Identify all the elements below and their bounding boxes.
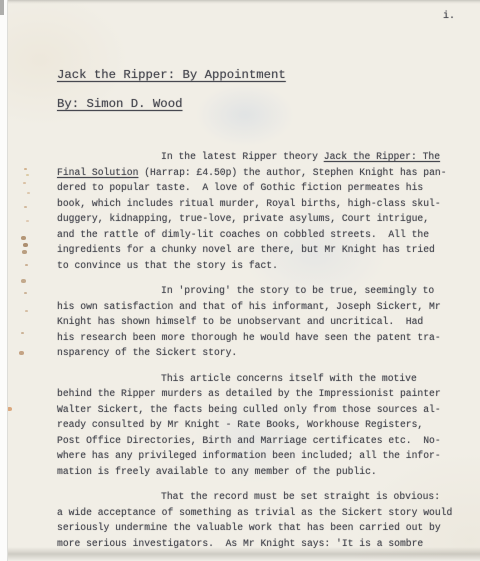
document-body: In the latest Ripper theory Jack the Rip… [57,149,459,561]
text-segment: (Harrap: £4.50p) the author, Stephen Kni… [138,167,446,178]
foxing-stains [24,168,27,170]
text-segment: book, which includes ritual murder, Roya… [57,198,441,209]
text-segment: nsparency of the Sickert story. [57,347,237,358]
text-line: more serious investigators. As Mr Knight… [57,536,459,552]
text-segment: his own satisfaction and that of his inf… [57,301,441,312]
scanned-page: i. Jack the Ripper: By Appointment By: S… [0,0,480,561]
text-line: to convince us that the story is fact. [57,258,459,274]
text-segment: mation is freely available to any member… [57,466,377,477]
scanner-edge [0,0,8,561]
underlined-text: Jack the Ripper: The [324,151,440,162]
text-line: Post Office Directories, Birth and Marri… [57,433,459,449]
underlined-text: Final Solution [57,167,138,178]
text-line: This article concerns itself with the mo… [57,371,459,387]
paragraph: In the latest Ripper theory Jack the Rip… [57,149,459,273]
scan-corner-mark [0,0,4,15]
text-segment: to convince us that the story is fact. [57,260,278,271]
paragraph: That the record must be set straight is … [57,489,459,551]
text-segment: In the latest Ripper theory [161,151,324,162]
text-segment: ready consulted by Mr Knight - Rate Book… [57,419,423,430]
text-segment: more serious investigators. As Mr Knight… [57,538,423,549]
page-number: i. [443,11,455,23]
text-line: mation is freely available to any member… [57,464,459,480]
text-segment: That the record must be set straight is … [161,491,440,502]
text-line: ready consulted by Mr Knight - Rate Book… [57,417,459,433]
text-segment: Post Office Directories, Birth and Marri… [57,435,441,446]
text-line: seriously undermine the valuable work th… [57,520,459,536]
document-byline: By: Simon D. Wood [57,97,182,111]
text-segment: dered to popular taste. A love of Gothic… [57,182,423,193]
text-line: That the record must be set straight is … [57,489,459,505]
text-line: dered to popular taste. A love of Gothic… [57,180,459,196]
text-segment: In 'proving' the story to be true, seemi… [161,285,434,296]
text-line: his research been more thorough he would… [57,330,459,346]
text-segment: and the rattle of dimly-lit coaches on c… [57,229,429,240]
paper: i. Jack the Ripper: By Appointment By: S… [0,0,480,561]
text-line: Walter Sickert, the facts being culled o… [57,402,459,418]
text-segment: where has any privileged information bee… [57,450,441,461]
text-line: a wide acceptance of something as trivia… [57,505,459,521]
text-line: where has any privileged information bee… [57,448,459,464]
text-line: book, which includes ritual murder, Roya… [57,196,459,212]
text-line: nsparency of the Sickert story. [57,345,459,361]
text-segment: This article concerns itself with the mo… [161,373,417,384]
text-segment: ingredients for a chunky novel are there… [57,244,435,255]
text-segment: Knight has shown himself to be unobserva… [57,316,423,327]
text-line: In the latest Ripper theory Jack the Rip… [57,149,459,165]
text-segment: seriously undermine the valuable work th… [57,522,441,533]
text-line: Final Solution (Harrap: £4.50p) the auth… [57,165,459,181]
text-segment: behind the Ripper murders as detailed by… [57,388,441,399]
text-segment: his research been more thorough he would… [57,332,441,343]
text-line: Knight has shown himself to be unobserva… [57,314,459,330]
text-line: behind the Ripper murders as detailed by… [57,386,459,402]
document-title: Jack the Ripper: By Appointment [57,68,286,82]
text-line: duggery, kidnapping, true-love, private … [57,211,459,227]
text-line: In 'proving' the story to be true, seemi… [57,283,459,299]
text-line: ingredients for a chunky novel are there… [57,242,459,258]
text-segment: duggery, kidnapping, true-love, private … [57,213,429,224]
paragraph: In 'proving' the story to be true, seemi… [57,283,459,361]
text-segment: Walter Sickert, the facts being culled o… [57,404,441,415]
text-line: and the rattle of dimly-lit coaches on c… [57,227,459,243]
text-segment: a wide acceptance of something as trivia… [57,507,452,518]
text-line: his own satisfaction and that of his inf… [57,299,459,315]
paragraph: This article concerns itself with the mo… [57,371,459,480]
